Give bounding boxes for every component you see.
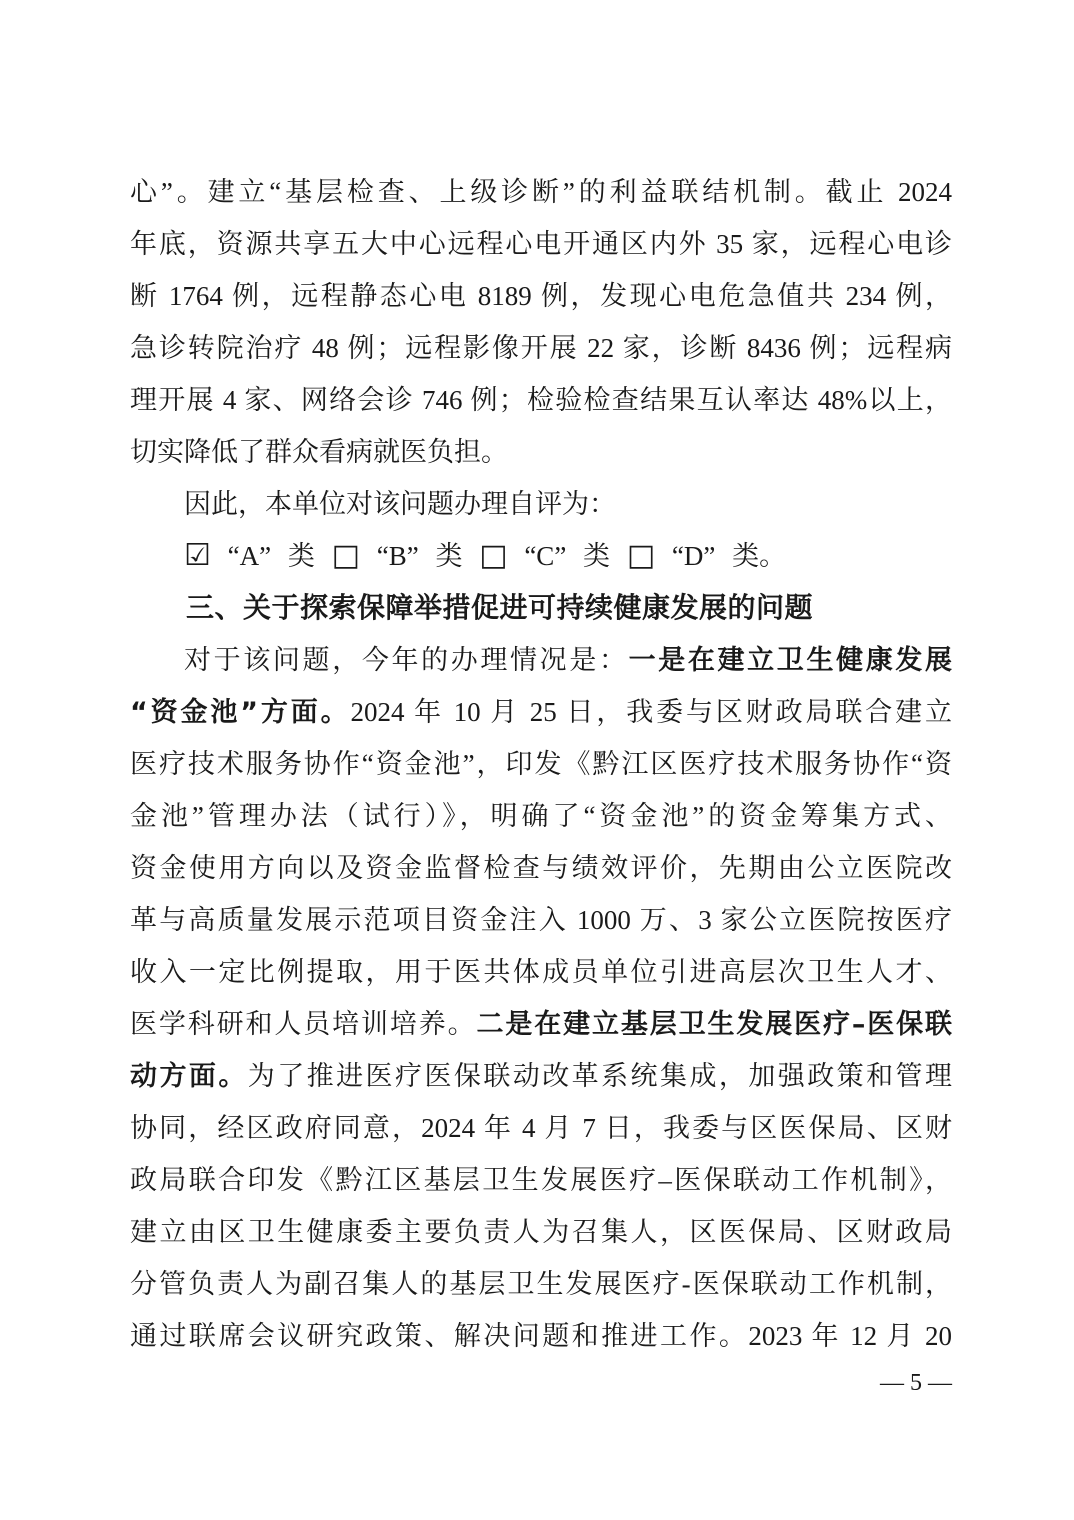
text-segment: 革与高质量发展示范项目资金注入 1000 万、3 家公立医院按医疗 [130,905,952,935]
text-line-19: 协同，经区政府同意，2024 年 4 月 7 日，我委与区医保局、区财 [130,1102,952,1154]
text-line-22: 分管负责人为副召集人的基层卫生发展医疗-医保联动工作机制， [130,1258,952,1310]
text-line-10: 对于该问题，今年的办理情况是：一是在建立卫生健康发展 [130,634,952,686]
text-segment: 政局联合印发《黔江区基层卫生发展医疗–医保联动工作机制》， [130,1165,952,1195]
text-line-2: 年底，资源共享五大中心远程心电开通区内外 35 家，远程心电诊 [130,218,952,270]
text-line-17: 医学科研和人员培训培养。二是在建立基层卫生发展医疗–医保联 [130,998,952,1050]
checkbox-c-unchecked: □ [479,538,507,573]
text-segment: 动方面。 [130,1061,248,1092]
text-segment: 急诊转院治疗 48 例；远程影像开展 22 家，诊断 8436 例；远程病 [130,333,952,363]
text-line-20: 政局联合印发《黔江区基层卫生发展医疗–医保联动工作机制》， [130,1154,952,1206]
text-segment: 通过联席会议研究政策、解决问题和推进工作。2023 年 12 月 20 [130,1321,952,1351]
text-line-11: “资金池”方面。2024 年 10 月 25 日，我委与区财政局联合建立 [130,686,952,738]
text-segment: 资金使用方向以及资金监督检查与绩效评价，先期由公立医院改 [130,853,952,883]
text-line-8: ☑ “A” 类 □ “B” 类 □ “C” 类 □ “D” 类。 [130,530,952,582]
text-segment: 心”。建立“基层检查、上级诊断”的利益联结机制。截止 2024 [130,177,952,207]
checkbox-d-unchecked: □ [627,538,655,573]
text-line-4: 急诊转院治疗 48 例；远程影像开展 22 家，诊断 8436 例；远程病 [130,322,952,374]
text-segment: 断 1764 例，远程静态心电 8189 例，发现心电危急值共 234 例， [130,281,952,311]
text-segment: “A” 类 [211,541,332,571]
text-segment: 理开展 4 家、网络会诊 746 例；检验检查结果互认率达 48%以上， [130,385,952,415]
text-segment: 为了推进医疗医保联动改革系统集成，加强政策和管理 [248,1061,952,1091]
text-segment: 一是在建立卫生健康发展 [629,645,952,676]
text-line-23: 通过联席会议研究政策、解决问题和推进工作。2023 年 12 月 20 [130,1310,952,1362]
document-page: 心”。建立“基层检查、上级诊断”的利益联结机制。截止 2024年底，资源共享五大… [0,0,1074,1520]
text-segment: “B” 类 [360,541,479,571]
text-segment: 医学科研和人员培训培养。 [130,1009,477,1039]
text-segment: 年底，资源共享五大中心远程心电开通区内外 35 家，远程心电诊 [130,229,952,259]
text-segment: 切实降低了群众看病就医负担。 [130,437,508,467]
text-segment: “D” 类。 [655,541,786,571]
text-segment: 对于该问题，今年的办理情况是： [184,645,629,675]
text-segment: 医疗技术服务协作“资金池”，印发《黔江区医疗技术服务协作“资 [130,749,952,779]
text-line-15: 革与高质量发展示范项目资金注入 1000 万、3 家公立医院按医疗 [130,894,952,946]
document-body: 心”。建立“基层检查、上级诊断”的利益联结机制。截止 2024年底，资源共享五大… [130,166,952,1362]
text-line-21: 建立由区卫生健康委主要负责人为召集人，区医保局、区财政局 [130,1206,952,1258]
page-number: — 5 — [880,1366,952,1400]
text-line-7: 因此，本单位对该问题办理自评为： [130,478,952,530]
checkbox-a-checked: ☑ [184,538,211,573]
text-segment: 建立由区卫生健康委主要负责人为召集人，区医保局、区财政局 [130,1217,952,1247]
text-line-18: 动方面。为了推进医疗医保联动改革系统集成，加强政策和管理 [130,1050,952,1102]
text-segment: 三、关于探索保障举措促进可持续健康发展的问题 [186,591,813,624]
text-segment: 协同，经区政府同意，2024 年 4 月 7 日，我委与区医保局、区财 [130,1113,952,1143]
text-line-1: 心”。建立“基层检查、上级诊断”的利益联结机制。截止 2024 [130,166,952,218]
text-line-14: 资金使用方向以及资金监督检查与绩效评价，先期由公立医院改 [130,842,952,894]
checkbox-b-unchecked: □ [332,538,360,573]
text-segment: “资金池”方面。 [130,697,351,728]
text-segment: 二是在建立基层卫生发展医疗–医保联 [477,1009,953,1040]
text-line-6: 切实降低了群众看病就医负担。 [130,426,952,478]
text-segment: 因此，本单位对该问题办理自评为： [184,489,616,519]
text-line-16: 收入一定比例提取，用于医共体成员单位引进高层次卫生人才、 [130,946,952,998]
text-segment: 分管负责人为副召集人的基层卫生发展医疗-医保联动工作机制， [130,1269,952,1299]
text-line-12: 医疗技术服务协作“资金池”，印发《黔江区医疗技术服务协作“资 [130,738,952,790]
text-segment: “C” 类 [508,541,627,571]
text-segment: 2024 年 10 月 25 日，我委与区财政局联合建立 [351,697,952,727]
text-line-3: 断 1764 例，远程静态心电 8189 例，发现心电危急值共 234 例， [130,270,952,322]
text-line-13: 金池”管理办法（试行）》，明确了“资金池”的资金筹集方式、 [130,790,952,842]
text-segment: 金池”管理办法（试行）》，明确了“资金池”的资金筹集方式、 [130,801,952,831]
section-heading: 三、关于探索保障举措促进可持续健康发展的问题 [130,582,952,634]
text-segment: 收入一定比例提取，用于医共体成员单位引进高层次卫生人才、 [130,957,952,987]
text-line-5: 理开展 4 家、网络会诊 746 例；检验检查结果互认率达 48%以上， [130,374,952,426]
